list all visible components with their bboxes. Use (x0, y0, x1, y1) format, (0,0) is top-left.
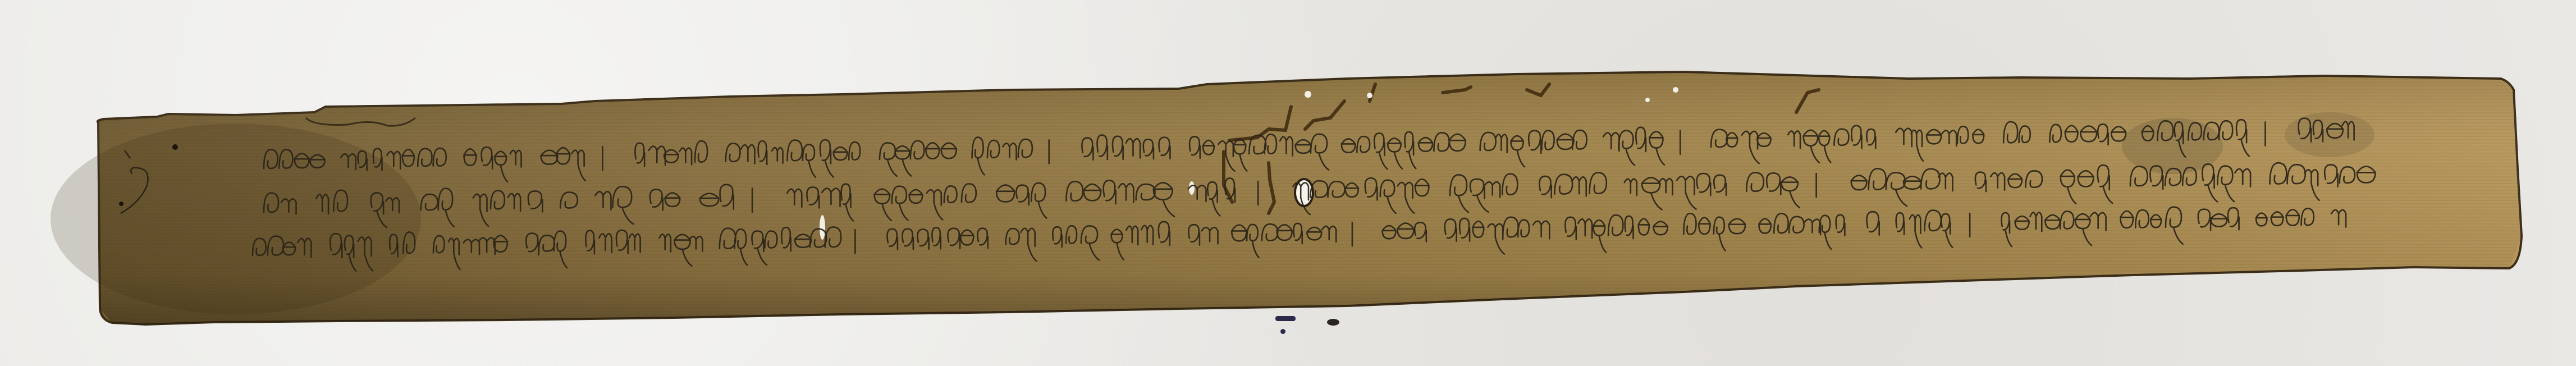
manuscript-line-1: ଶ୍ରୀ ଅଧ୍ୟକ୍ଷ ଶ୍ରୀ ବେଦ । ଲକ୍ଷଣ ସମୁଦ୍ରକରି … (264, 147, 1860, 176)
debris-mark (1327, 319, 1339, 326)
manuscript-line-2: ଶମ ଦମ ଦମ ସମ ସଂଗୁ ଓ ଯମ ମା ଣି । ଶାସା ଶାଦେବ… (264, 191, 1831, 219)
palm-leaf (0, 0, 2576, 366)
debris-mark (1280, 329, 1285, 334)
debris-mark (1275, 316, 1296, 321)
manuscript-line-3: ଗୁରୁ ଦେବ ସୁ ଦେବଦକ ରାଗ ପ୍ରୋ ଦାସ ଜିଜ୍ଞାସା … (253, 235, 1952, 263)
